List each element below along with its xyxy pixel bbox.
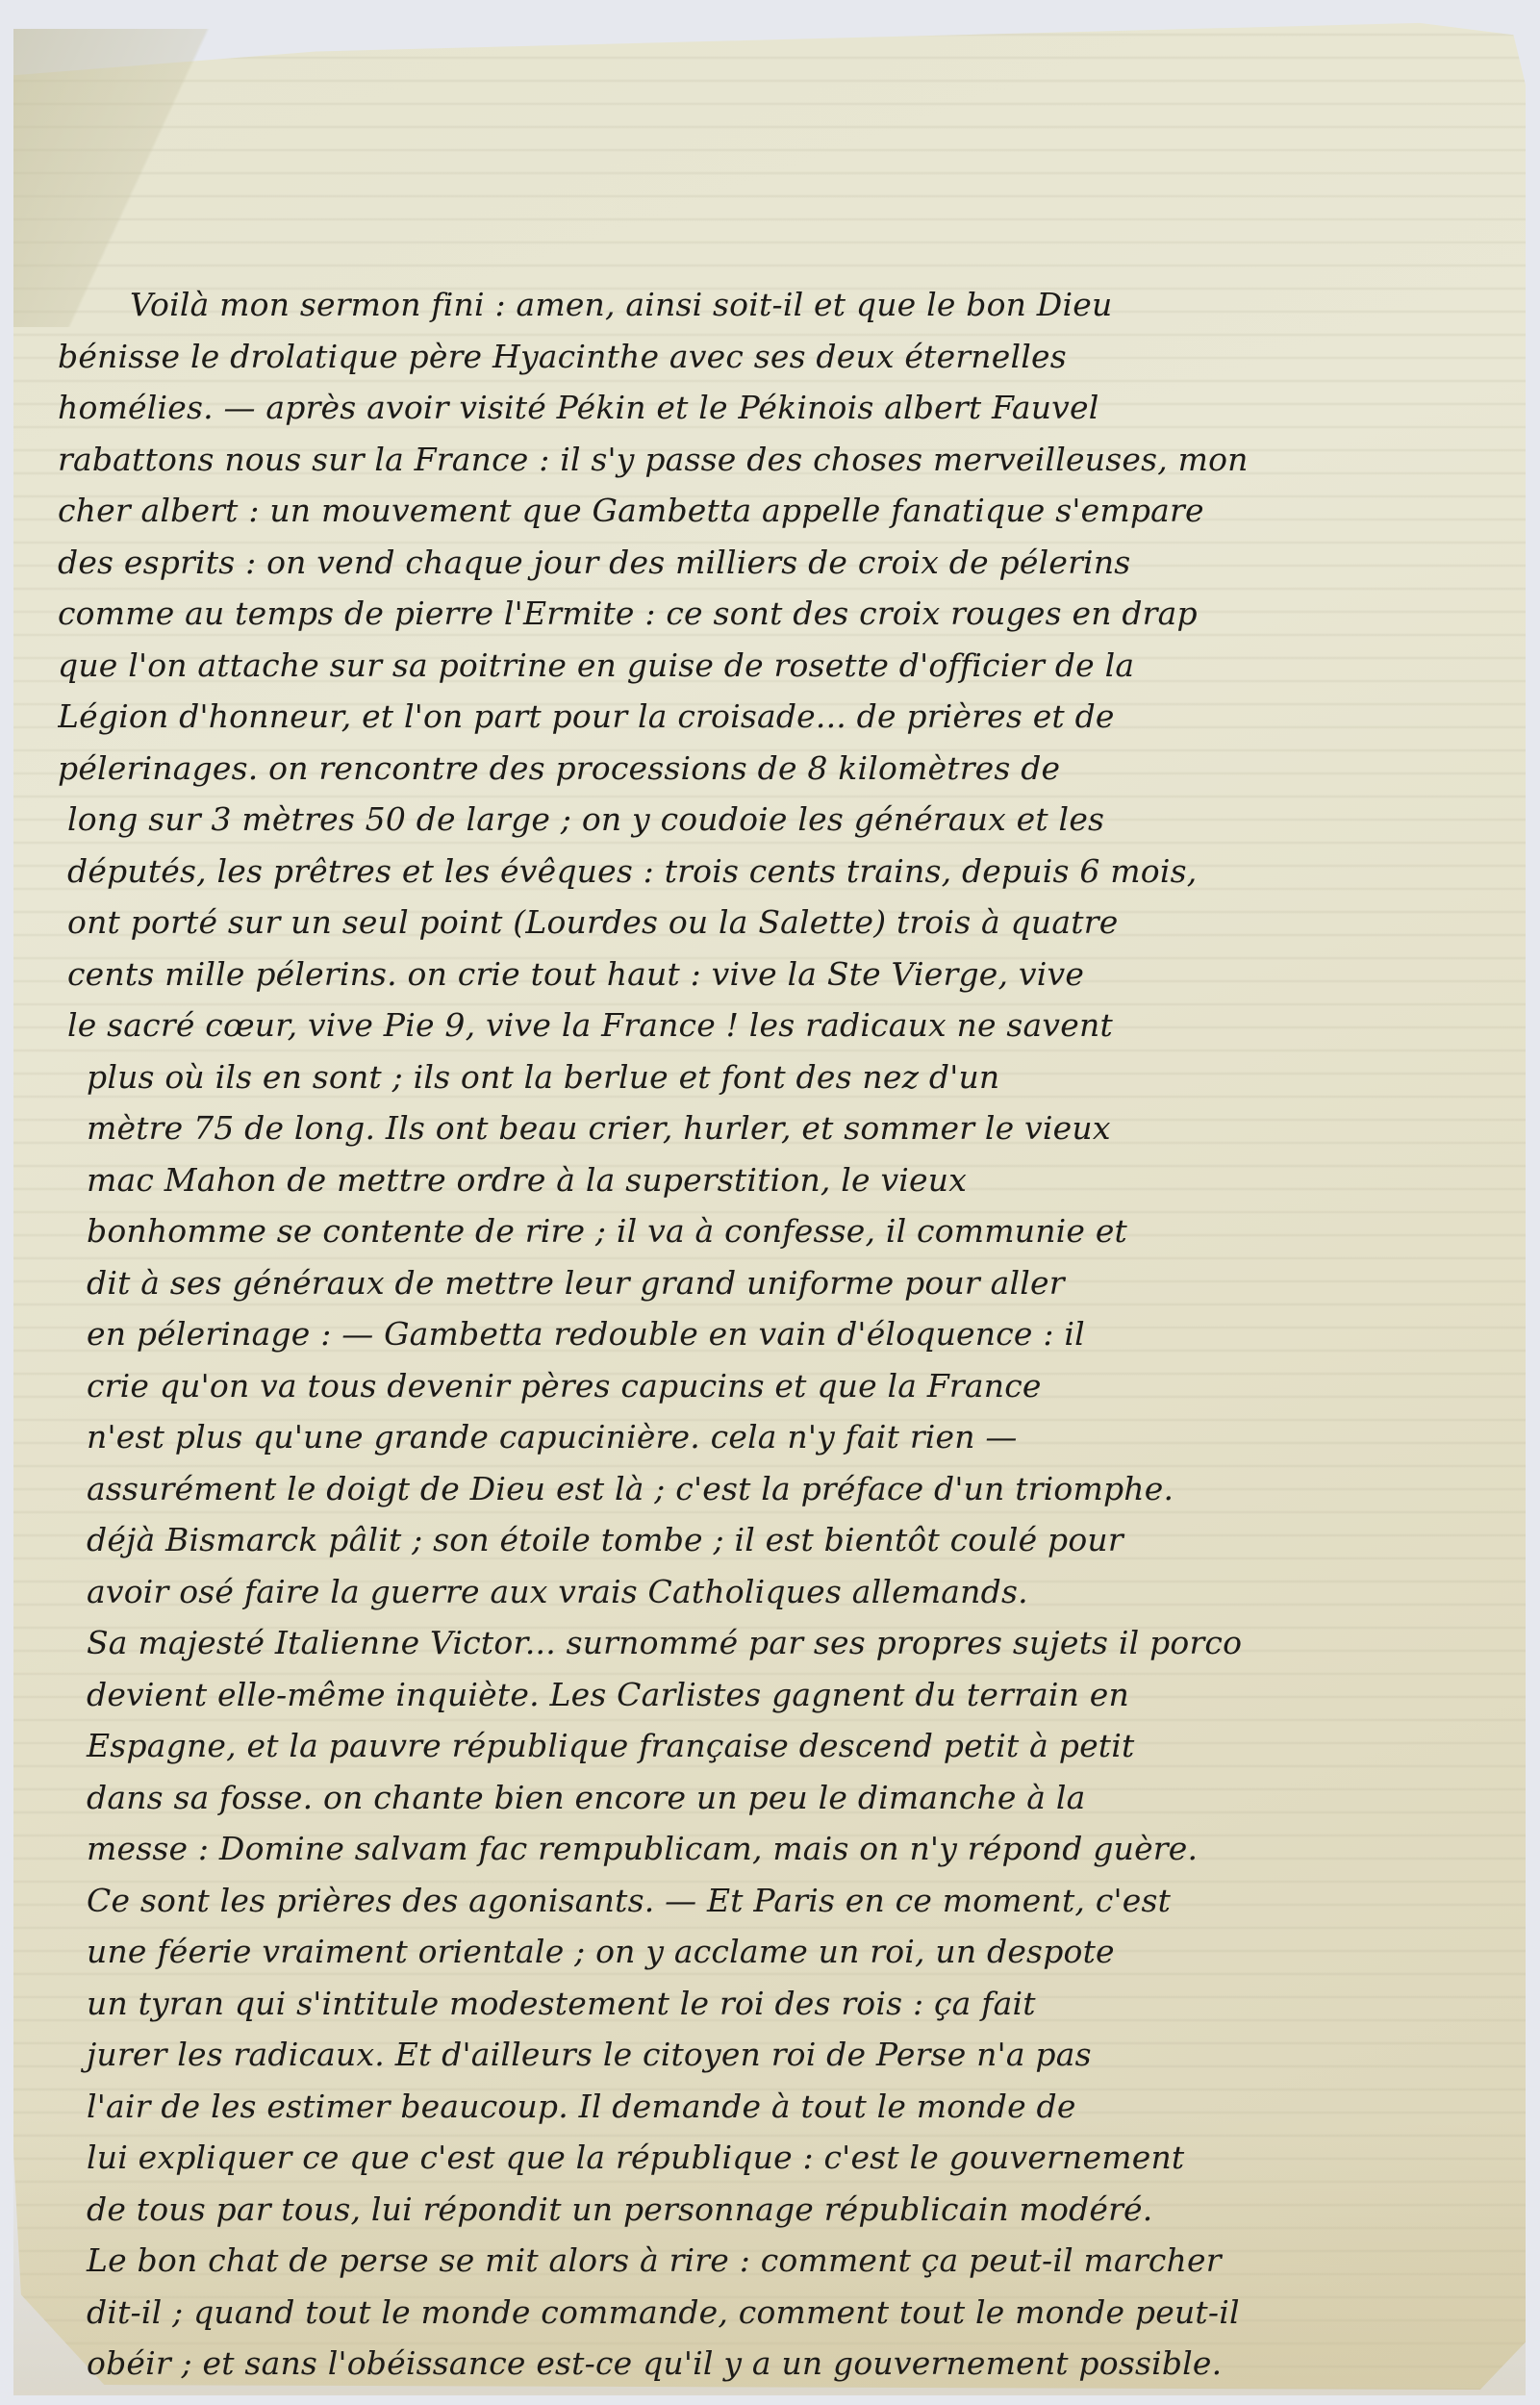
text-line: mètre 75 de long. Ils ont beau crier, hu… (58, 1102, 1481, 1154)
text-line: n'est plus qu'une grande capucinière. ce… (58, 1411, 1481, 1463)
text-line: cher albert : un mouvement que Gambetta … (58, 485, 1481, 537)
text-line: pélerinages. on rencontre des procession… (58, 743, 1481, 795)
text-line: Ce sont les prières des agonisants. — Et… (58, 1875, 1481, 1927)
text-line: l'air de les estimer beaucoup. Il demand… (58, 2081, 1481, 2133)
text-line: ont porté sur un seul point (Lourdes ou … (58, 897, 1481, 949)
text-line: dans sa fosse. on chante bien encore un … (58, 1772, 1481, 1824)
text-line: un tyran qui s'intitule modestement le r… (58, 1978, 1481, 2030)
text-line: bonhomme se contente de rire ; il va à c… (58, 1205, 1481, 1257)
text-line: devient elle-même inquiète. Les Carliste… (58, 1669, 1481, 1721)
text-line: lui expliquer ce que c'est que la républ… (58, 2132, 1481, 2184)
text-line: Espagne, et la pauvre république françai… (58, 1720, 1481, 1772)
text-line: le sacré cœur, vive Pie 9, vive la Franc… (58, 1000, 1481, 1051)
text-line: homélies. — après avoir visité Pékin et … (58, 382, 1481, 434)
text-line: Sa majesté Italienne Victor... surnommé … (58, 1617, 1481, 1669)
text-line: mac Mahon de mettre ordre à la superstit… (58, 1154, 1481, 1206)
text-line: Le bon chat de perse se mit alors à rire… (58, 2235, 1481, 2287)
text-line: messe : Domine salvam fac rempublicam, m… (58, 1823, 1481, 1875)
text-line: de tous par tous, lui répondit un person… (58, 2184, 1481, 2236)
text-line: que l'on attache sur sa poitrine en guis… (58, 640, 1481, 692)
text-line: cents mille pélerins. on crie tout haut … (58, 949, 1481, 1000)
text-line: dit-il ; quand tout le monde commande, c… (58, 2287, 1481, 2339)
text-line: jurer les radicaux. Et d'ailleurs le cit… (58, 2029, 1481, 2081)
text-line: assurément le doigt de Dieu est là ; c'e… (58, 1463, 1481, 1515)
text-line: dit à ses généraux de mettre leur grand … (58, 1257, 1481, 1309)
text-line: long sur 3 mètres 50 de large ; on y cou… (58, 794, 1481, 846)
text-line: Légion d'honneur, et l'on part pour la c… (58, 691, 1481, 743)
text-line: avoir osé faire la guerre aux vrais Cath… (58, 1566, 1481, 1618)
text-line: déjà Bismarck pâlit ; son étoile tombe ;… (58, 1514, 1481, 1566)
text-line: une féerie vraiment orientale ; on y acc… (58, 1926, 1481, 1978)
text-line: des esprits : on vend chaque jour des mi… (58, 537, 1481, 589)
handwritten-text: Voilà mon sermon fini : amen, ainsi soit… (58, 279, 1481, 2390)
text-line: Voilà mon sermon fini : amen, ainsi soit… (58, 279, 1481, 331)
text-line: rabattons nous sur la France : il s'y pa… (58, 434, 1481, 486)
text-line: comme au temps de pierre l'Ermite : ce s… (58, 588, 1481, 640)
text-line: en pélerinage : — Gambetta redouble en v… (58, 1308, 1481, 1360)
text-line: bénisse le drolatique père Hyacinthe ave… (58, 331, 1481, 383)
text-line: crie qu'on va tous devenir pères capucin… (58, 1360, 1481, 1412)
text-line: obéir ; et sans l'obéissance est-ce qu'i… (58, 2338, 1481, 2390)
text-line: plus où ils en sont ; ils ont la berlue … (58, 1051, 1481, 1103)
text-line: députés, les prêtres et les évêques : tr… (58, 846, 1481, 898)
